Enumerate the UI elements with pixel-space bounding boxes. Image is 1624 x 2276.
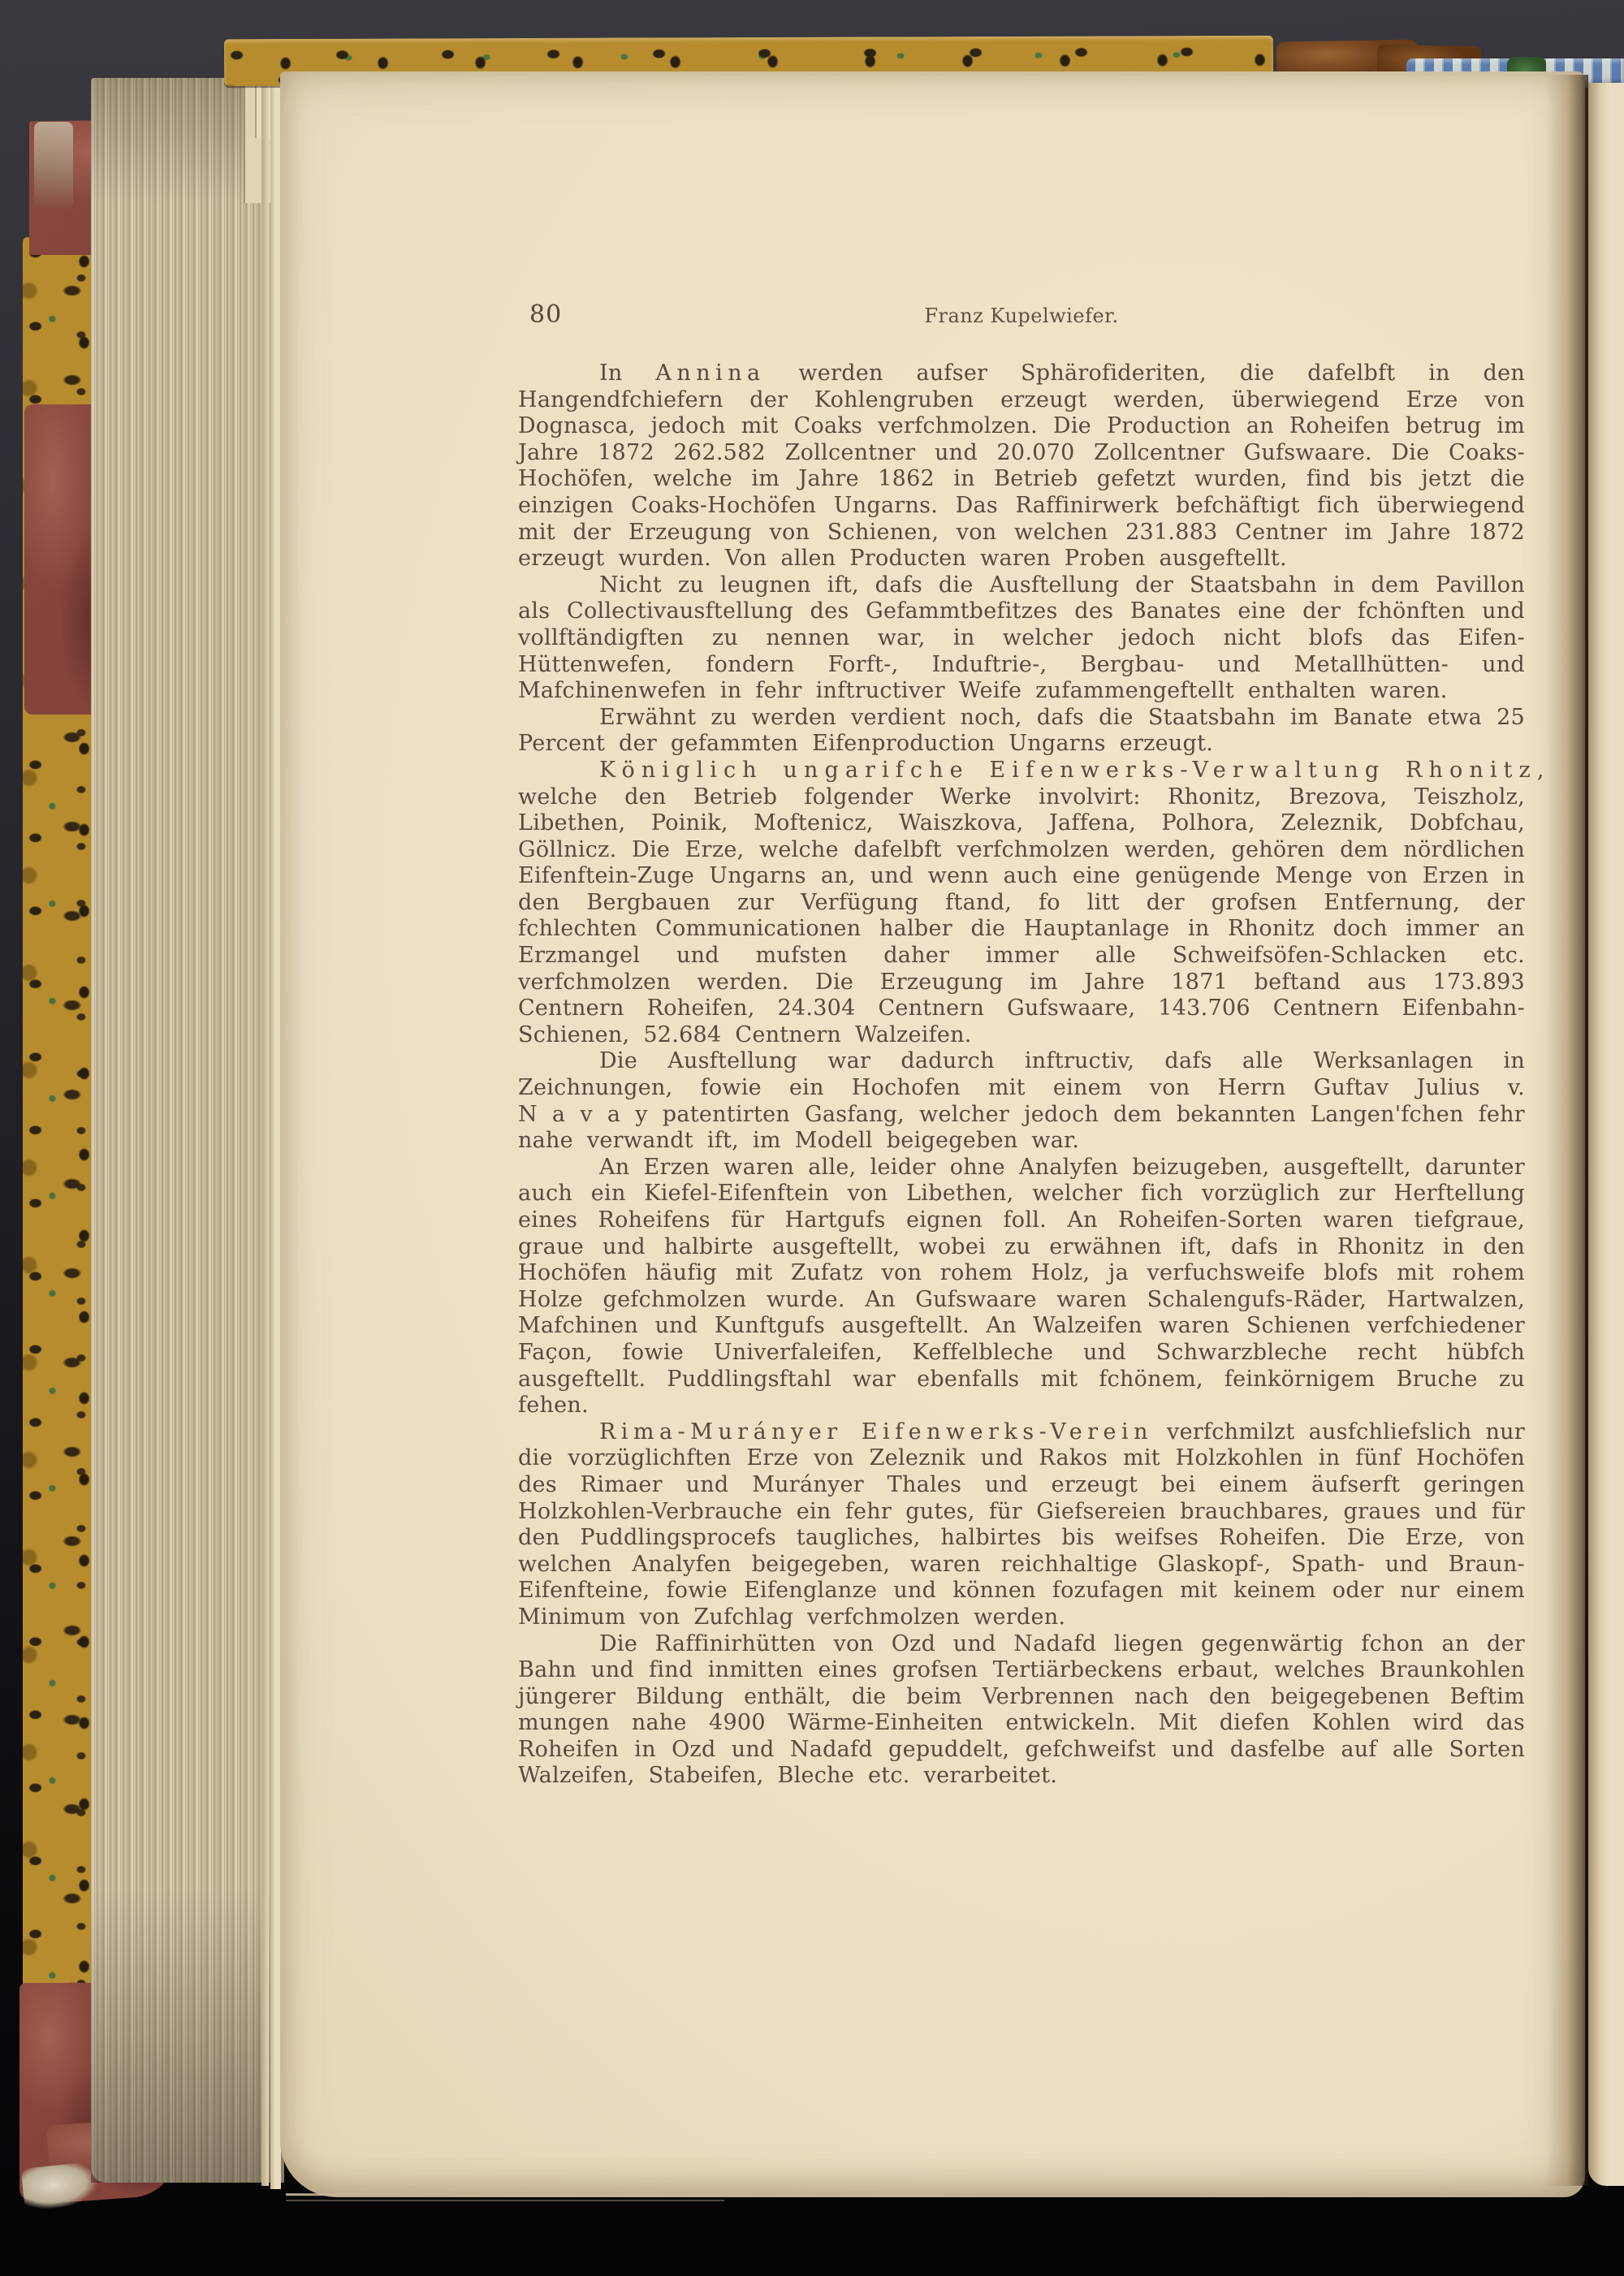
page-header: 80 Franz Kupelwiefer. [518, 300, 1525, 336]
book-scan-photo: 80 Franz Kupelwiefer. In Annina werden a… [0, 0, 1624, 2276]
paragraph: Rima-Murányer Eifenwerks-Verein verfchmi… [518, 1419, 1525, 1631]
paragraph: Königlich ungarifche Eifenwerks-Verwaltu… [518, 758, 1525, 1049]
body-text: In Annina werden aufser Sphärofideriten,… [518, 361, 1525, 1790]
letterspaced-name: Annina [655, 361, 765, 386]
paragraph: Die Ausftellung war dadurch inftructiv, … [518, 1048, 1525, 1154]
page-edge-stack [91, 78, 284, 2183]
paragraph: Nicht zu leugnen ift, dafs die Ausftellu… [518, 572, 1525, 705]
letterspaced-name: Königlich ungarifche Eifenwerks-Verwaltu… [599, 758, 1537, 783]
letterspaced-name: Rima-Murányer Eifenwerks-Verein [599, 1419, 1153, 1445]
underlying-sheet-edge [286, 2200, 724, 2201]
paragraph: In Annina werden aufser Sphärofideriten,… [518, 361, 1525, 572]
gutter-shadow [1546, 75, 1588, 2186]
paragraph: An Erzen waren alle, leider ohne Analyfe… [518, 1155, 1525, 1419]
paragraph: Erwähnt zu werden verdient noch, dafs di… [518, 705, 1525, 758]
running-header: Franz Kupelwiefer. [518, 304, 1525, 327]
book-page: 80 Franz Kupelwiefer. In Annina werden a… [280, 71, 1585, 2197]
paragraph: Die Raffinirhütten von Ozd und Nadafd li… [518, 1631, 1525, 1790]
page-step-edge [261, 78, 269, 2186]
facing-page-edge [1588, 83, 1624, 2186]
